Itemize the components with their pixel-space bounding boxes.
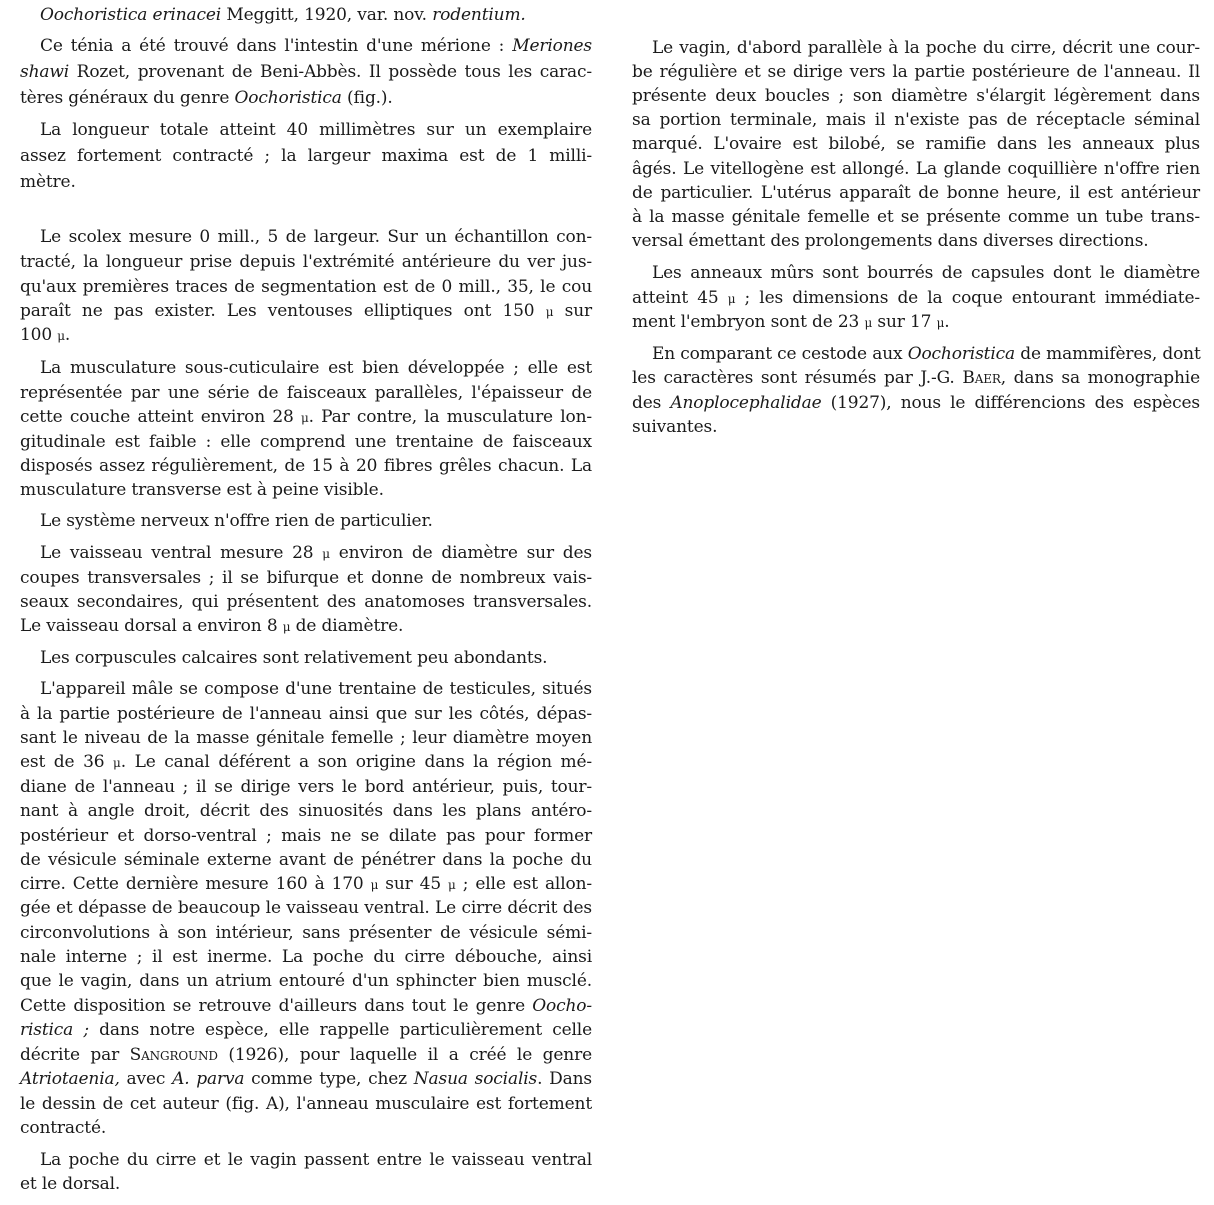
text-line: les caractères sont résumés par J.-G. Ba…: [632, 366, 1200, 390]
text-line: est de 36 μ. Le canal déférent a son ori…: [20, 750, 592, 774]
text-line: atteint 45 μ ; les dimensions de la coqu…: [632, 286, 1200, 310]
text-segment: paraît ne pas exister. Les ventouses ell…: [20, 301, 546, 321]
text-line: tracté, la longueur prise depuis l'extré…: [20, 250, 592, 274]
text-line: Le vaisseau dorsal a environ 8 μ de diam…: [20, 614, 592, 638]
text-line: sant le niveau de la masse génitale feme…: [20, 726, 592, 750]
italic-text: rodentium.: [432, 5, 526, 25]
text-segment: . Dans: [537, 1069, 592, 1089]
text-segment: dans notre espèce, elle rappelle particu…: [89, 1020, 592, 1040]
text-line: nale interne ; il est inerme. La poche d…: [20, 945, 592, 969]
text-segment: de diamètre.: [290, 616, 403, 636]
text-segment: musculature transverse est à peine visib…: [20, 480, 384, 500]
text-segment: versal émettant des prolongements dans d…: [632, 231, 1149, 251]
text-segment: seaux secondaires, qui présentent des an…: [20, 592, 592, 612]
text-segment: de mammifères, dont: [1015, 344, 1201, 364]
text-segment: Le vaisseau dorsal a environ 8: [20, 616, 283, 636]
text-segment: 100: [20, 325, 57, 345]
text-line: diane de l'anneau ; il se dirige vers le…: [20, 775, 592, 799]
text-line: La longueur totale atteint 40 millimètre…: [20, 118, 592, 142]
text-segment: Ce ténia a été trouvé dans l'intestin d'…: [40, 36, 512, 56]
text-segment: La longueur totale atteint 40 millimètre…: [40, 120, 592, 140]
text-segment: présente deux boucles ; son diamètre s'é…: [632, 86, 1200, 106]
text-line: sa portion terminale, mais il n'existe p…: [632, 108, 1200, 132]
text-line: seaux secondaires, qui présentent des an…: [20, 590, 592, 614]
italic-text: Oochoristica: [908, 344, 1015, 364]
text-segment: .: [944, 312, 949, 332]
text-line: L'appareil mâle se compose d'une trentai…: [20, 677, 592, 701]
text-segment: Rozet, provenant de Beni-Abbès. Il possè…: [69, 62, 592, 82]
text-segment: sur 45: [378, 874, 448, 894]
text-line: be régulière et se dirige vers la partie…: [632, 60, 1200, 84]
text-line: Le système nerveux n'offre rien de parti…: [20, 509, 592, 533]
text-segment: ; elle est allon-: [456, 874, 592, 894]
text-segment: sur: [553, 301, 592, 321]
text-segment: assez fortement contracté ; la largeur m…: [20, 146, 592, 166]
text-line: En comparant ce cestode aux Oochoristica…: [632, 342, 1200, 366]
text-segment: qu'aux premières traces de segmentation …: [20, 277, 592, 297]
text-line: à la partie postérieure de l'anneau ains…: [20, 702, 592, 726]
text-line: gitudinale est faible : elle comprend un…: [20, 430, 592, 454]
text-segment: disposés assez régulièrement, de 15 à 20…: [20, 456, 592, 476]
text-line: le dessin de cet auteur (fig. A), l'anne…: [20, 1092, 592, 1116]
italic-text: Anoplocephalidae: [670, 393, 821, 413]
text-segment: environ de diamètre sur des: [330, 543, 592, 563]
italic-text: Meriones: [512, 36, 592, 56]
author-name: Sanground: [130, 1045, 218, 1065]
micron-symbol: μ: [322, 547, 330, 561]
text-line: représentée par une série de faisceaux p…: [20, 381, 592, 405]
text-line: Le vagin, d'abord parallèle à la poche d…: [632, 36, 1200, 60]
text-line: La poche du cirre et le vagin passent en…: [20, 1148, 592, 1172]
text-line: tères généraux du genre Oochoristica (fi…: [20, 86, 592, 110]
text-segment: de vésicule séminale externe avant de pé…: [20, 850, 592, 870]
text-segment: (1926), pour laquelle il a créé le genre: [218, 1045, 592, 1065]
text-segment: sur 17: [872, 312, 936, 332]
text-segment: , dans sa monographie: [1001, 368, 1200, 388]
text-segment: Les corpuscules calcaires sont relativem…: [40, 648, 547, 668]
text-segment: Le vagin, d'abord parallèle à la poche d…: [652, 38, 1200, 58]
text-segment: diane de l'anneau ; il se dirige vers le…: [20, 777, 592, 797]
text-line: mètre.: [20, 170, 592, 194]
text-line: cirre. Cette dernière mesure 160 à 170 μ…: [20, 872, 592, 896]
text-segment: . Le canal déférent a son origine dans l…: [121, 752, 592, 772]
text-segment: be régulière et se dirige vers la partie…: [632, 62, 1200, 82]
italic-text: A. parva: [172, 1069, 244, 1089]
text-segment: gée et dépasse de beaucoup le vaisseau v…: [20, 898, 592, 918]
text-segment: est de 36: [20, 752, 113, 772]
text-segment: de particulier. L'utérus apparaît de bon…: [632, 183, 1200, 203]
text-segment: marqué. L'ovaire est bilobé, se ramifie …: [632, 134, 1200, 154]
italic-text: ristica ;: [20, 1020, 89, 1040]
text-line: disposés assez régulièrement, de 15 à 20…: [20, 454, 592, 478]
text-segment: cirre. Cette dernière mesure 160 à 170: [20, 874, 371, 894]
text-segment: La musculature sous-cuticulaire est bien…: [40, 358, 592, 378]
text-line: ristica ; dans notre espèce, elle rappel…: [20, 1018, 592, 1042]
text-segment: circonvolutions à son intérieur, sans pr…: [20, 923, 592, 943]
text-segment: Cette disposition se retrouve d'ailleurs…: [20, 996, 532, 1016]
text-segment: L'appareil mâle se compose d'une trentai…: [40, 679, 592, 699]
text-line: nant à angle droit, décrit des sinuosité…: [20, 799, 592, 823]
text-segment: suivantes.: [632, 417, 717, 437]
text-line: ment l'embryon sont de 23 μ sur 17 μ.: [632, 310, 1200, 334]
italic-text: shawi: [20, 62, 69, 82]
text-segment: (1927), nous le différencions des espèce…: [822, 393, 1201, 413]
text-segment: le dessin de cet auteur (fig. A), l'anne…: [20, 1094, 592, 1114]
text-segment: ment l'embryon sont de 23: [632, 312, 864, 332]
text-segment: les caractères sont résumés par J.-G.: [632, 368, 962, 388]
text-segment: coupes transversales ; il se bifurque et…: [20, 568, 592, 588]
text-line: Le scolex mesure 0 mill., 5 de largeur. …: [20, 225, 592, 249]
text-line: paraît ne pas exister. Les ventouses ell…: [20, 299, 592, 323]
text-line: qu'aux premières traces de segmentation …: [20, 275, 592, 299]
text-line: Oochoristica erinacei Meggitt, 1920, var…: [20, 3, 592, 27]
text-line: Cette disposition se retrouve d'ailleurs…: [20, 994, 592, 1018]
text-segment: sant le niveau de la masse génitale feme…: [20, 728, 592, 748]
text-segment: à la partie postérieure de l'anneau ains…: [20, 704, 592, 724]
text-line: décrite par Sanground (1926), pour laque…: [20, 1043, 592, 1067]
text-line: présente deux boucles ; son diamètre s'é…: [632, 84, 1200, 108]
text-segment: .: [65, 325, 70, 345]
text-line: gée et dépasse de beaucoup le vaisseau v…: [20, 896, 592, 920]
text-line: assez fortement contracté ; la largeur m…: [20, 144, 592, 168]
text-segment: des: [632, 393, 670, 413]
text-segment: mètre.: [20, 172, 76, 192]
text-segment: avec: [120, 1069, 172, 1089]
text-segment: tracté, la longueur prise depuis l'extré…: [20, 252, 592, 272]
text-line: Atriotaenia, avec A. parva comme type, c…: [20, 1067, 592, 1091]
text-segment: atteint 45: [632, 288, 728, 308]
text-line: postérieur et dorso-ventral ; mais ne se…: [20, 824, 592, 848]
text-segment: cette couche atteint environ 28: [20, 407, 301, 427]
text-line: des Anoplocephalidae (1927), nous le dif…: [632, 391, 1200, 415]
micron-symbol: μ: [57, 329, 65, 343]
text-line: 100 μ.: [20, 323, 592, 347]
text-line: cette couche atteint environ 28 μ. Par c…: [20, 405, 592, 429]
micron-symbol: μ: [301, 411, 309, 425]
text-line: Les corpuscules calcaires sont relativem…: [20, 646, 592, 670]
text-line: Le vaisseau ventral mesure 28 μ environ …: [20, 541, 592, 565]
text-line: coupes transversales ; il se bifurque et…: [20, 566, 592, 590]
author-name: Baer: [962, 368, 1000, 388]
italic-text: Oochoristica: [234, 88, 341, 108]
text-line: à la masse génitale femelle et se présen…: [632, 205, 1200, 229]
text-segment: . Par contre, la musculature lon-: [309, 407, 592, 427]
text-segment: nale interne ; il est inerme. La poche d…: [20, 947, 592, 967]
text-line: que le vagin, dans un atrium entouré d'u…: [20, 969, 592, 993]
text-line: circonvolutions à son intérieur, sans pr…: [20, 921, 592, 945]
text-segment: La poche du cirre et le vagin passent en…: [40, 1150, 592, 1170]
text-segment: Le scolex mesure 0 mill., 5 de largeur. …: [40, 227, 592, 247]
micron-symbol: μ: [113, 756, 121, 770]
text-line: Ce ténia a été trouvé dans l'intestin d'…: [20, 34, 592, 58]
text-segment: et le dorsal.: [20, 1174, 120, 1194]
text-segment: nant à angle droit, décrit des sinuosité…: [20, 801, 592, 821]
text-segment: tères généraux du genre: [20, 88, 234, 108]
italic-text: Atriotaenia,: [20, 1069, 120, 1089]
text-segment: sa portion terminale, mais il n'existe p…: [632, 110, 1200, 130]
text-line: contracté.: [20, 1116, 592, 1140]
text-segment: comme type, chez: [244, 1069, 413, 1089]
text-segment: Le vaisseau ventral mesure 28: [40, 543, 322, 563]
text-segment: que le vagin, dans un atrium entouré d'u…: [20, 971, 592, 991]
text-line: shawi Rozet, provenant de Beni-Abbès. Il…: [20, 60, 592, 84]
text-line: âgés. Le vitellogène est allongé. La gla…: [632, 157, 1200, 181]
text-segment: décrite par: [20, 1045, 130, 1065]
micron-symbol: μ: [448, 878, 456, 892]
text-line: marqué. L'ovaire est bilobé, se ramifie …: [632, 132, 1200, 156]
text-segment: contracté.: [20, 1118, 106, 1138]
italic-text: Nasua socialis: [414, 1069, 537, 1089]
text-segment: Meggitt, 1920, var. nov.: [221, 5, 432, 25]
text-segment: âgés. Le vitellogène est allongé. La gla…: [632, 159, 1200, 179]
text-segment: gitudinale est faible : elle comprend un…: [20, 432, 592, 452]
italic-text: Oochoristica erinacei: [40, 5, 221, 25]
text-line: de particulier. L'utérus apparaît de bon…: [632, 181, 1200, 205]
italic-text: Oocho-: [532, 996, 592, 1016]
text-line: suivantes.: [632, 415, 1200, 439]
text-segment: Les anneaux mûrs sont bourrés de capsule…: [652, 263, 1200, 283]
text-segment: postérieur et dorso-ventral ; mais ne se…: [20, 826, 592, 846]
text-segment: représentée par une série de faisceaux p…: [20, 383, 592, 403]
text-segment: En comparant ce cestode aux: [652, 344, 908, 364]
text-line: de vésicule séminale externe avant de pé…: [20, 848, 592, 872]
text-segment: (fig.).: [342, 88, 393, 108]
text-line: La musculature sous-cuticulaire est bien…: [20, 356, 592, 380]
text-line: Les anneaux mûrs sont bourrés de capsule…: [632, 261, 1200, 285]
text-segment: à la masse génitale femelle et se présen…: [632, 207, 1200, 227]
text-segment: Le système nerveux n'offre rien de parti…: [40, 511, 433, 531]
text-line: musculature transverse est à peine visib…: [20, 478, 592, 502]
text-line: versal émettant des prolongements dans d…: [632, 229, 1200, 253]
text-line: et le dorsal.: [20, 1172, 592, 1196]
micron-symbol: μ: [864, 316, 872, 330]
text-segment: ; les dimensions de la coque entourant i…: [735, 288, 1200, 308]
